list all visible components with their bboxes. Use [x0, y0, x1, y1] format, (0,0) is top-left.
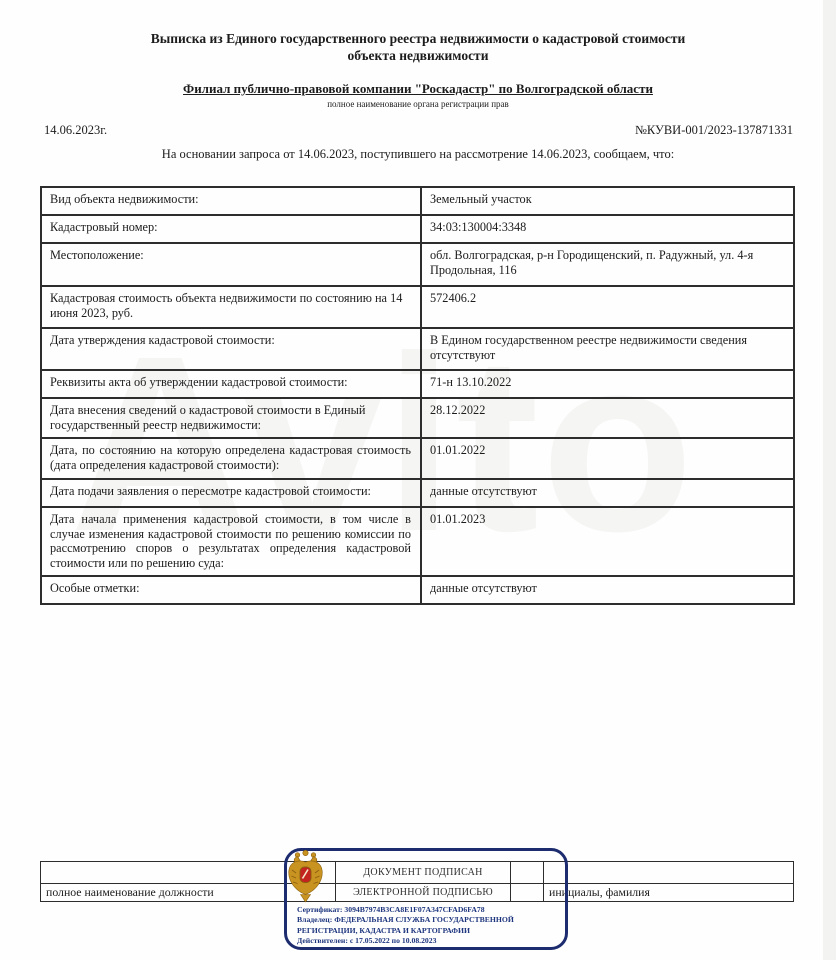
intro-statement: На основании запроса от 14.06.2023, пост…	[4, 147, 832, 162]
initials-caption: инициалы, фамилия	[544, 884, 794, 902]
row-value: 71-н 13.10.2022	[421, 370, 794, 398]
row-value: 34:03:130004:3348	[421, 215, 794, 243]
signature-line-right	[544, 862, 794, 884]
document-title-line1: Выписка из Единого государственного реес…	[4, 31, 832, 47]
table-row: Кадастровый номер: 34:03:130004:3348	[41, 215, 794, 243]
row-value: данные отсутствуют	[421, 576, 794, 604]
row-label: Кадастровый номер:	[41, 215, 421, 243]
certificate-details: Сертификат: 3094B7974B3CA8E1F07A347CFAD6…	[297, 905, 514, 946]
table-row: Реквизиты акта об утверждении кадастрово…	[41, 370, 794, 398]
row-value: 01.01.2022	[421, 438, 794, 479]
table-row: Особые отметки: данные отсутствуют	[41, 576, 794, 604]
row-value: обл. Волгоградская, р-н Городищенский, п…	[421, 243, 794, 286]
registration-org-name: Филиал публично-правовой компании "Роска…	[4, 81, 832, 97]
row-label: Кадастровая стоимость объекта недвижимос…	[41, 286, 421, 328]
document-number: №КУВИ-001/2023-137871331	[635, 123, 793, 138]
row-value: данные отсутствуют	[421, 479, 794, 507]
table-row: Местоположение: обл. Волгоградская, р-н …	[41, 243, 794, 286]
row-label: Дата утверждения кадастровой стоимости:	[41, 328, 421, 370]
certificate-owner-line1: Владелец: ФЕДЕРАЛЬНАЯ СЛУЖБА ГОСУДАРСТВЕ…	[297, 915, 514, 925]
document-title-line2: объекта недвижимости	[4, 48, 832, 64]
registration-org-caption: полное наименование органа регистрации п…	[4, 99, 832, 109]
cadastral-info-table: Вид объекта недвижимости: Земельный учас…	[40, 186, 795, 605]
row-label: Вид объекта недвижимости:	[41, 187, 421, 215]
row-label: Дата начала применения кадастровой стоим…	[41, 507, 421, 576]
table-row: Кадастровая стоимость объекта недвижимос…	[41, 286, 794, 328]
table-row: Дата утверждения кадастровой стоимости: …	[41, 328, 794, 370]
scan-edge-strip	[823, 0, 836, 960]
table-row: Дата, по состоянию на которую определена…	[41, 438, 794, 479]
row-value: В Едином государственном реестре недвижи…	[421, 328, 794, 370]
table-row: Дата внесения сведений о кадастровой сто…	[41, 398, 794, 438]
coat-of-arms-icon	[287, 850, 324, 908]
certificate-owner-line2: РЕГИСТРАЦИИ, КАДАСТРА И КАРТОГРАФИИ	[297, 926, 514, 936]
row-label: Местоположение:	[41, 243, 421, 286]
certificate-validity: Действителен: с 17.05.2022 по 10.08.2023	[297, 936, 514, 946]
document-date: 14.06.2023г.	[44, 123, 107, 138]
document-page: Avito Выписка из Единого государственног…	[0, 0, 836, 960]
row-value: Земельный участок	[421, 187, 794, 215]
row-label: Дата подачи заявления о пересмотре кадас…	[41, 479, 421, 507]
row-label: Дата, по состоянию на которую определена…	[41, 438, 421, 479]
row-label: Реквизиты акта об утверждении кадастрово…	[41, 370, 421, 398]
table-row: Дата подачи заявления о пересмотре кадас…	[41, 479, 794, 507]
certificate-number: Сертификат: 3094B7974B3CA8E1F07A347CFAD6…	[297, 905, 514, 915]
table-row: Вид объекта недвижимости: Земельный учас…	[41, 187, 794, 215]
row-value: 28.12.2022	[421, 398, 794, 438]
row-label: Особые отметки:	[41, 576, 421, 604]
row-value: 01.01.2023	[421, 507, 794, 576]
row-value: 572406.2	[421, 286, 794, 328]
row-label: Дата внесения сведений о кадастровой сто…	[41, 398, 421, 438]
table-row: Дата начала применения кадастровой стоим…	[41, 507, 794, 576]
